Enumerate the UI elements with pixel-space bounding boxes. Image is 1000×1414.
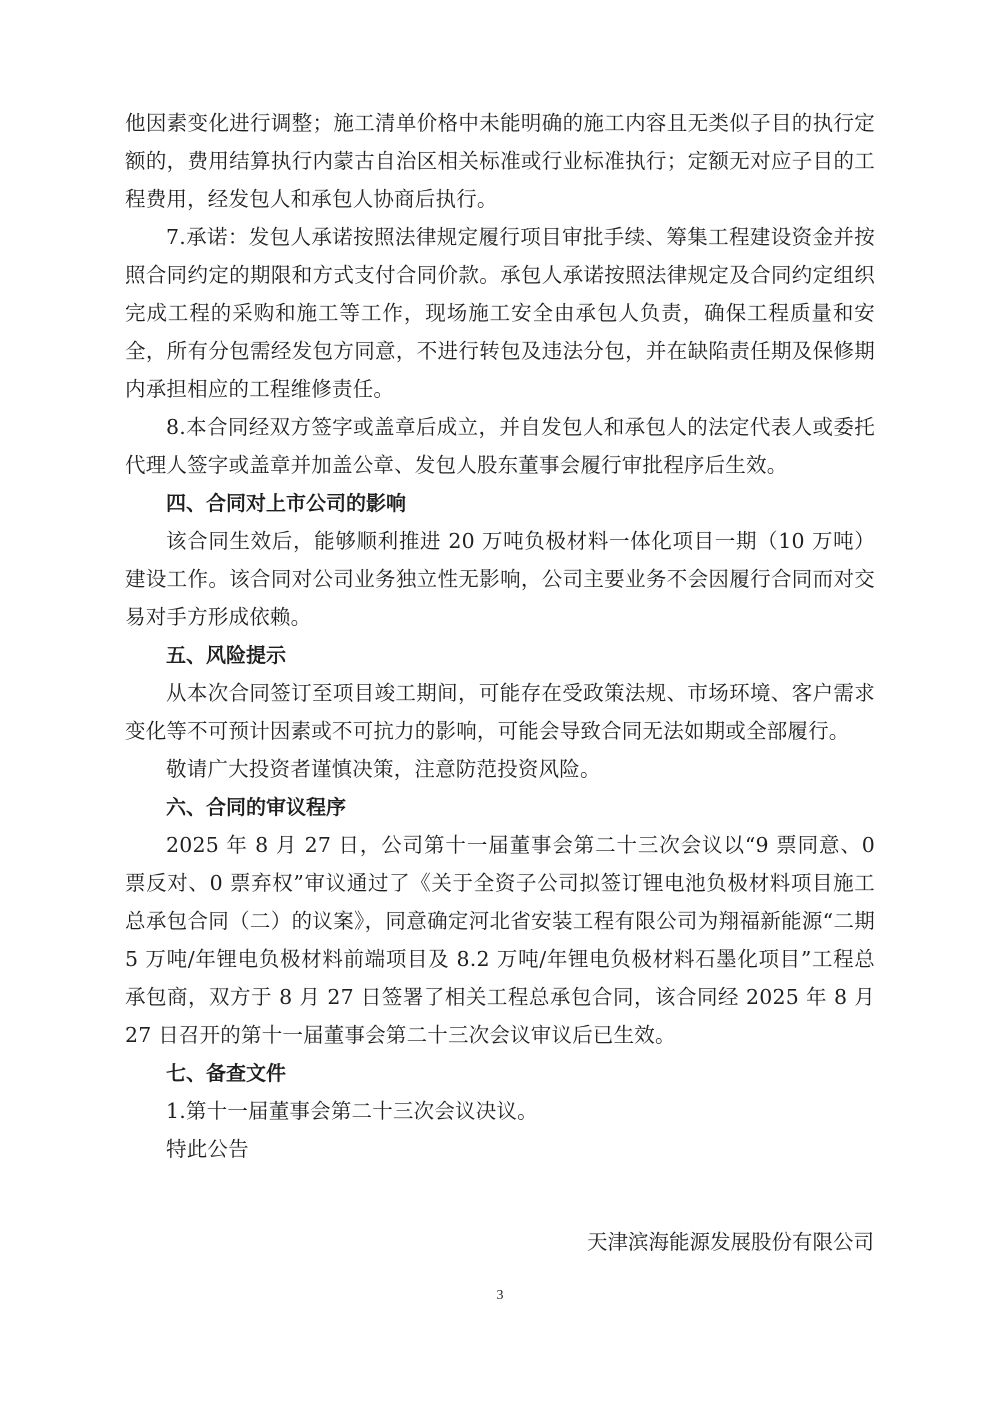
page-number: 3 <box>0 1288 1000 1304</box>
heading-reference-docs: 七、备查文件 <box>125 1054 875 1092</box>
document-body: 他因素变化进行调整；施工清单价格中未能明确的施工内容且无类似子目的执行定额的，费… <box>125 104 875 1168</box>
paragraph-review-procedure: 2025 年 8 月 27 日，公司第十一届董事会第二十三次会议以“9 票同意、… <box>125 826 875 1054</box>
paragraph-risk: 从本次合同签订至项目竣工期间，可能存在受政策法规、市场环境、客户需求变化等不可预… <box>125 674 875 750</box>
company-signature: 天津滨海能源发展股份有限公司 <box>587 1223 874 1261</box>
heading-impact: 四、合同对上市公司的影响 <box>125 484 875 522</box>
paragraph-announcement: 特此公告 <box>125 1130 875 1168</box>
paragraph-investor-notice: 敬请广大投资者谨慎决策，注意防范投资风险。 <box>125 750 875 788</box>
heading-risk: 五、风险提示 <box>125 636 875 674</box>
paragraph-impact: 该合同生效后，能够顺利推进 20 万吨负极材料一体化项目一期（10 万吨）建设工… <box>125 522 875 636</box>
heading-review-procedure: 六、合同的审议程序 <box>125 788 875 826</box>
paragraph-pricing-adjustment: 他因素变化进行调整；施工清单价格中未能明确的施工内容且无类似子目的执行定额的，费… <box>125 104 875 218</box>
paragraph-effectiveness: 8.本合同经双方签字或盖章后成立，并自发包人和承包人的法定代表人或委托代理人签字… <box>125 408 875 484</box>
paragraph-reference-doc-1: 1.第十一届董事会第二十三次会议决议。 <box>125 1092 875 1130</box>
paragraph-commitments: 7.承诺：发包人承诺按照法律规定履行项目审批手续、筹集工程建设资金并按照合同约定… <box>125 218 875 408</box>
